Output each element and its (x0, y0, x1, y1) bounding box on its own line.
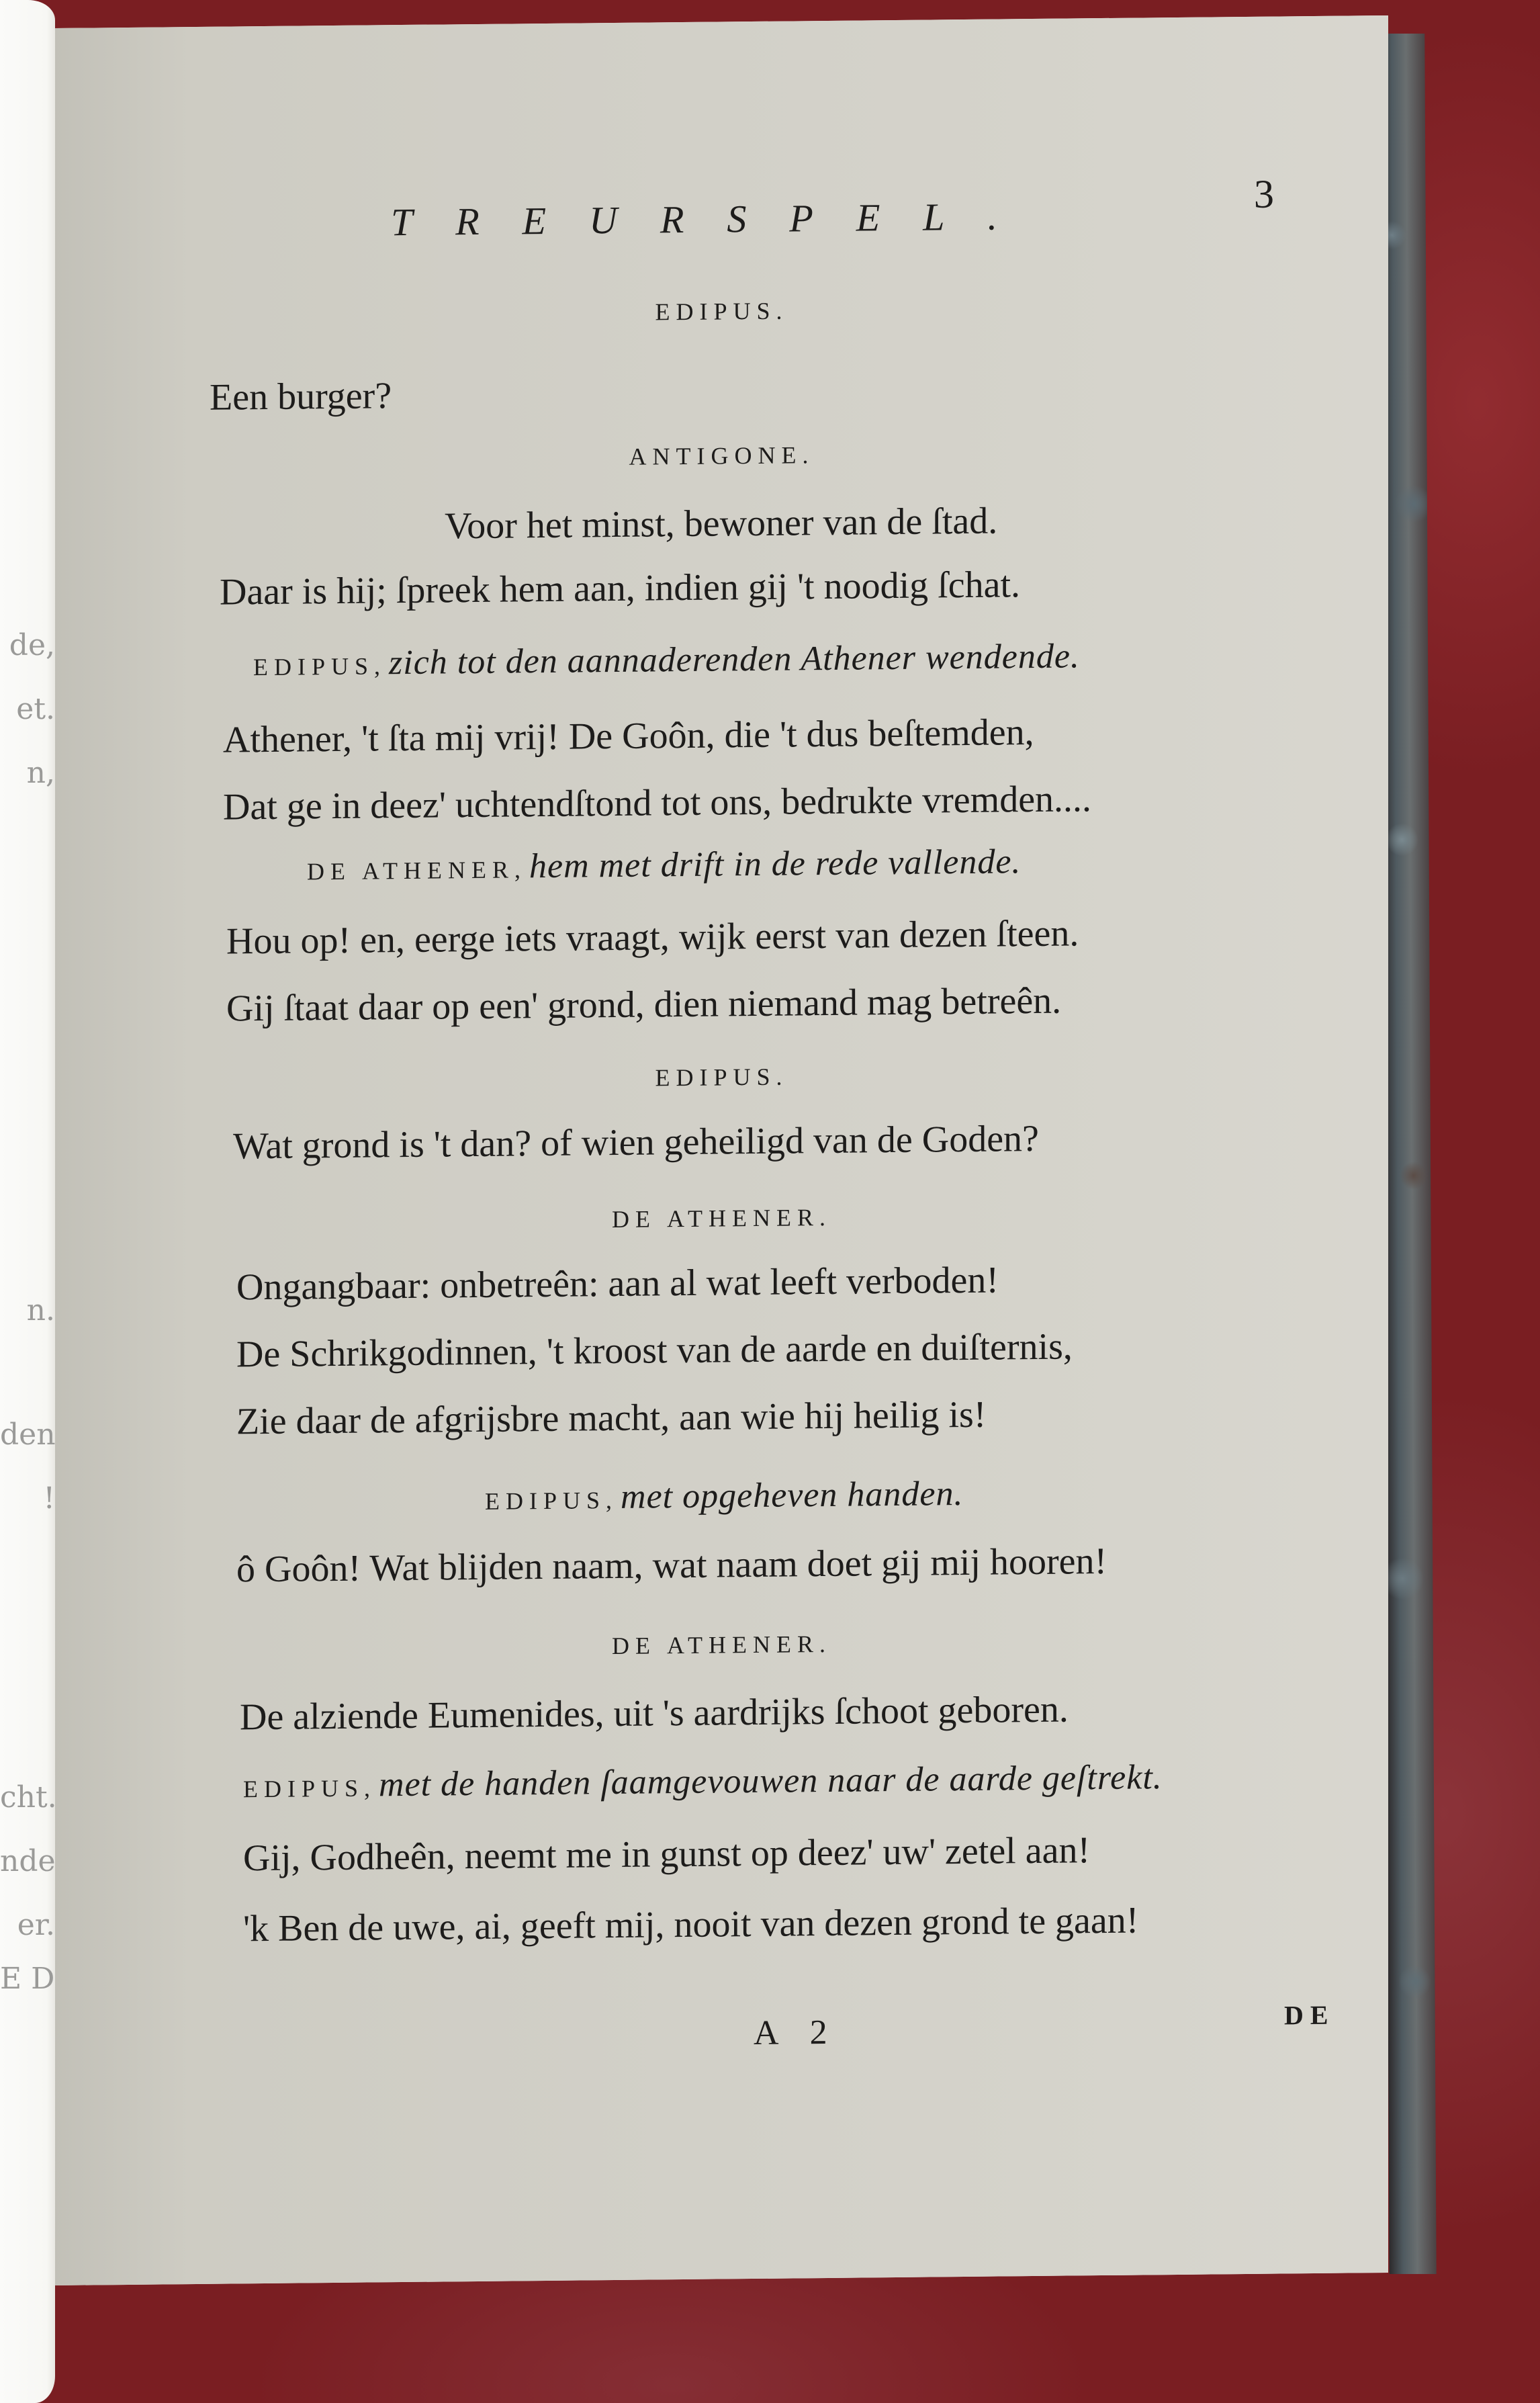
verse-line: ô Goôn! Wat blijden naam, wat naam doet … (236, 1540, 1107, 1591)
verse-line: Gij, Godheên, neemt me in gunst op deez'… (243, 1829, 1090, 1880)
facing-page-fragment: de, (0, 628, 55, 662)
stage-direction: zich tot den aannaderenden Athener wende… (389, 637, 1080, 682)
catchword: DE (1284, 1999, 1335, 2031)
facing-page-fragment: n, (0, 756, 55, 790)
book-page: TREURSPEL. 3 EDIPUS. Een burger? ANTIGON… (55, 15, 1388, 2285)
verse-line: Een burger? (210, 374, 392, 419)
verse-line: Ongangbaar: onbetreên: aan al wat leeft … (236, 1259, 999, 1309)
verse-line: Hou op! en, eerge iets vraagt, wijk eers… (226, 912, 1079, 963)
signature-mark: A 2 (754, 2013, 840, 2053)
facing-page-fragment: nder, (0, 1844, 55, 1878)
verse-line: Zie daar de afgrijsbre macht, aan wie hi… (236, 1393, 986, 1444)
stage-direction: met opgeheven handen. (621, 1475, 963, 1516)
verse-line: Athener, 't ſta mij vrij! De Goôn, die '… (223, 711, 1034, 762)
facing-page-fragment: er. (0, 1908, 55, 1942)
verse-line: 'k Ben de uwe, ai, geeft mij, nooit van … (243, 1899, 1138, 1951)
speaker-heading: EDIPUS, met opgeheven handen. (485, 1474, 964, 1518)
speaker-heading: EDIPUS, met de handen ſaamgevouwen naar … (243, 1757, 1163, 1806)
facing-page-fragment: n. (0, 1293, 55, 1327)
verse-line: Dat ge in deez' uchtendſtond tot ons, be… (223, 777, 1091, 828)
speaker-heading: DE ATHENER, hem met drift in de rede val… (307, 842, 1021, 888)
verse-line: De Schrikgodinnen, 't kroost van de aard… (236, 1325, 1073, 1376)
stage-direction: hem met drift in de rede vallende. (529, 842, 1021, 885)
running-head: TREURSPEL. (391, 193, 1040, 245)
speaker-heading: DE ATHENER. (55, 1624, 1388, 1665)
speaker-heading: EDIPUS. (55, 1057, 1388, 1098)
facing-page-fragment: et. (0, 692, 55, 726)
verse-line: Wat grond is 't dan? of wien geheiligd v… (233, 1117, 1039, 1168)
stage-direction: met de handen ſaamgevouwen naar de aarde… (379, 1758, 1163, 1804)
facing-page-fragment: ! (0, 1481, 55, 1516)
verse-line: Voor het minst, bewoner van de ſtad. (445, 500, 997, 548)
speaker-heading: EDIPUS, zich tot den aannaderenden Athen… (253, 636, 1080, 684)
verse-line: De alziende Eumenides, uit 's aardrijks … (240, 1688, 1069, 1739)
facing-page: de, et. n, n. den! ! cht. nder, er. E D … (0, 0, 55, 2403)
facing-page-fragment: E D I (0, 1962, 55, 1996)
page-number: 3 (1254, 171, 1274, 218)
facing-page-fragment: cht. (0, 1780, 55, 1815)
speaker-heading: ANTIGONE. (55, 435, 1388, 476)
verse-line: Daar is hij; ſpreek hem aan, indien gij … (220, 563, 1020, 613)
speaker-heading: EDIPUS. (55, 291, 1388, 332)
speaker-heading: DE ATHENER. (55, 1198, 1388, 1239)
verse-line: Gij ſtaat daar op een' grond, dien niema… (226, 979, 1061, 1031)
facing-page-fragment: den! (0, 1417, 55, 1452)
